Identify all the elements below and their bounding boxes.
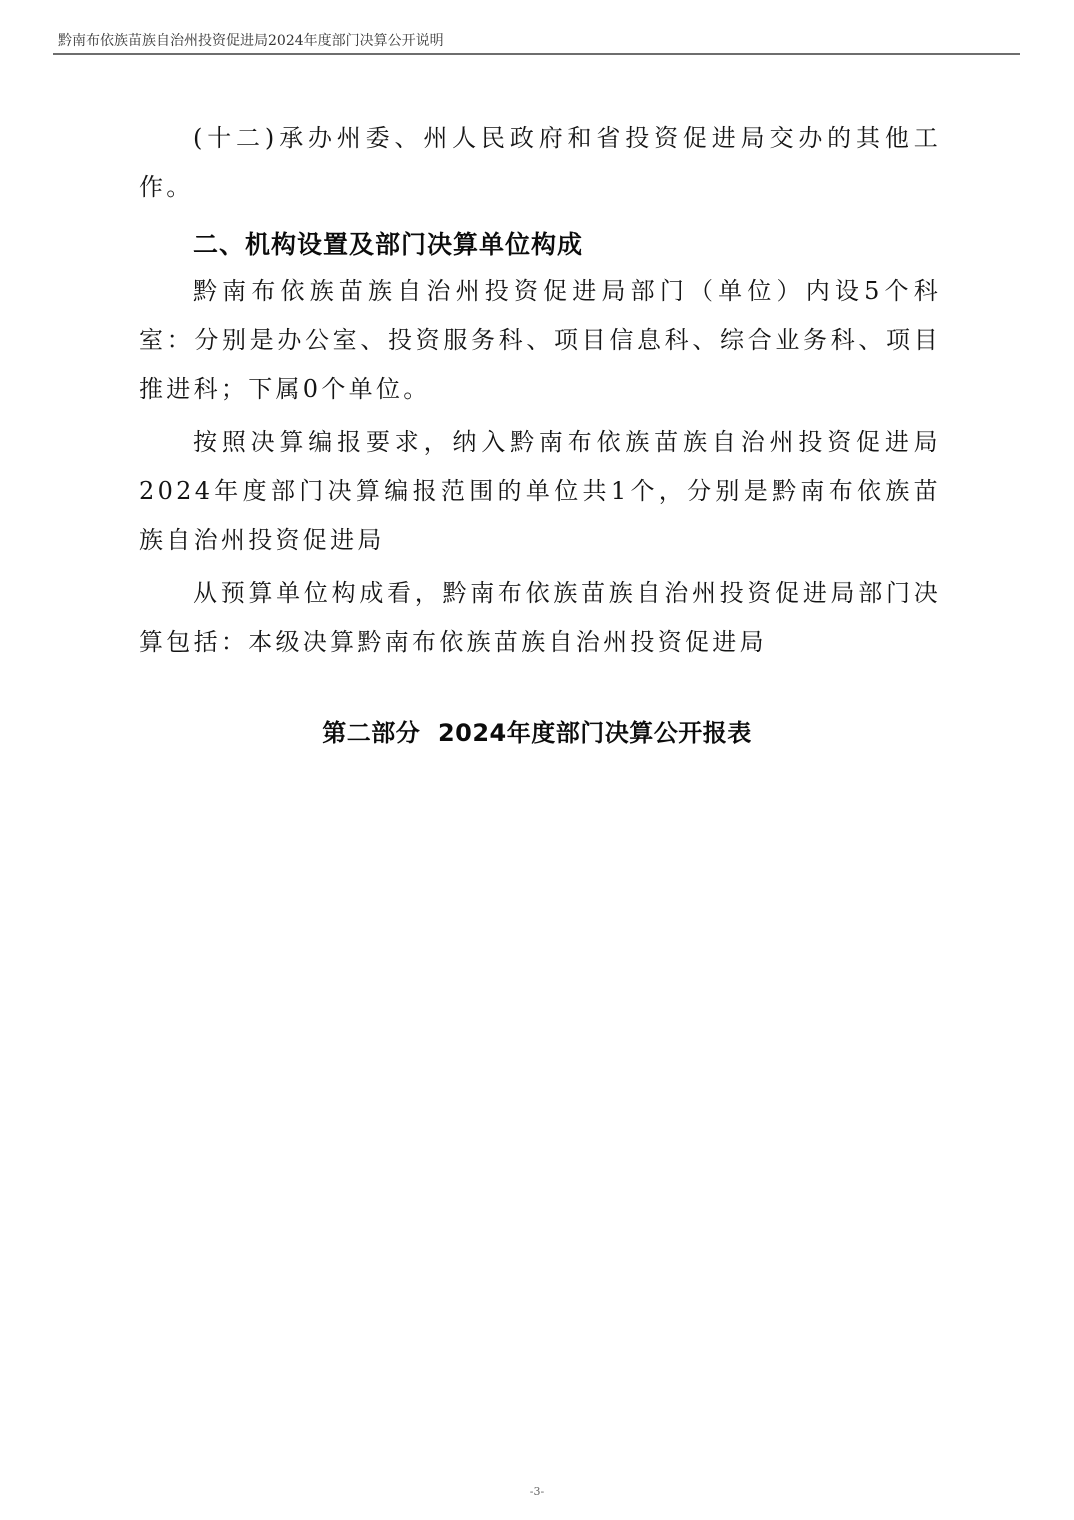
paragraph-item-12: (十二)承办州委、州人民政府和省投资促进局交办的其他工作。 <box>139 114 941 212</box>
section-heading: 二、机构设置及部门决算单位构成 <box>139 221 941 269</box>
section-2: 二、机构设置及部门决算单位构成 黔南布依族苗族自治州投资促进局部门（单位）内设5… <box>139 221 941 667</box>
paragraph-org-structure: 黔南布依族苗族自治州投资促进局部门（单位）内设5个科室：分别是办公室、投资服务科… <box>139 267 941 414</box>
running-header: 黔南布依族苗族自治州投资促进局2024年度部门决算公开说明 <box>58 30 444 50</box>
header-divider <box>53 53 1020 55</box>
document-body: (十二)承办州委、州人民政府和省投资促进局交办的其他工作。 <box>139 114 941 212</box>
page-number: -3- <box>0 1485 1074 1498</box>
part-title: 第二部分 2024年度部门决算公开报表 <box>0 713 1074 748</box>
paragraph-reporting-scope: 按照决算编报要求，纳入黔南布依族苗族自治州投资促进局2024年度部门决算编报范围… <box>139 418 941 565</box>
paragraph-budget-units: 从预算单位构成看，黔南布依族苗族自治州投资促进局部门决算包括：本级决算黔南布依族… <box>139 569 941 667</box>
